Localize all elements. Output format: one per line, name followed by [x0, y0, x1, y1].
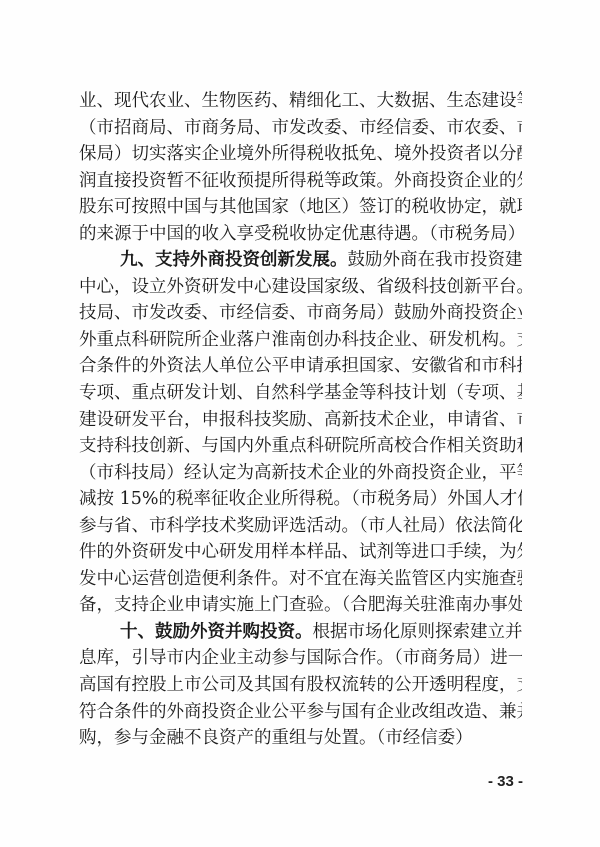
- document-page: 业、现代农业、生物医药、精细化工、大数据、生态建设等。 （市招商局、市商务局、市…: [0, 0, 600, 847]
- text-line: 发中心运营创造便利条件。对不宜在海关监管区内实施查验的设: [79, 566, 522, 593]
- text-line: 符合条件的外商投资企业公平参与国有企业改组改造、兼并收: [79, 699, 522, 726]
- text-line: 外重点科研院所企业落户淮南创办科技企业、研发机构。支持符: [79, 327, 522, 354]
- section-heading: 十、鼓励外资并购投资。: [120, 622, 313, 642]
- body-text: 业、现代农业、生物医药、精细化工、大数据、生态建设等。 （市招商局、市商务局、市…: [79, 88, 522, 752]
- text-line: 专项、重点研发计划、自然科学基金等科技计划（专项、基金），: [79, 380, 522, 407]
- section-ten-heading-line: 十、鼓励外资并购投资。根据市场化原则探索建立并购信: [79, 619, 522, 646]
- section-text: 根据市场化原则探索建立并购信: [313, 622, 523, 642]
- section-heading: 九、支持外商投资创新发展。: [120, 250, 348, 270]
- section-nine-heading-line: 九、支持外商投资创新发展。鼓励外商在我市投资建设研发: [79, 247, 522, 274]
- text-line: 股东可按照中国与其他国家（地区）签订的税收协定，就取得: [79, 194, 522, 221]
- text-line: 技局、市发改委、市经信委、市商务局）鼓励外商投资企业和境: [79, 300, 522, 327]
- text-line: 备，支持企业申请实施上门查验。（合肥海关驻淮南办事处）: [79, 592, 522, 619]
- text-line: 参与省、市科学技术奖励评选活动。（市人社局）依法简化具备条: [79, 513, 522, 540]
- text-line: （市招商局、市商务局、市发改委、市经信委、市农委、市环: [79, 115, 522, 142]
- text-line: 的来源于中国的收入享受税收协定优惠待遇。（市税务局）: [79, 221, 522, 248]
- text-line: 息库，引导市内企业主动参与国际合作。（市商务局）进一步提: [79, 645, 522, 672]
- text-line: 保局）切实落实企业境外所得税收抵免、境外投资者以分配利: [79, 141, 522, 168]
- text-line: 减按 15%的税率征收企业所得税。（市税务局）外国人才依法平等: [79, 486, 522, 513]
- section-text: 鼓励外商在我市投资建设研发: [348, 250, 523, 270]
- text-line: （市科技局）经认定为高新技术企业的外商投资企业，平等享受: [79, 460, 522, 487]
- text-line: 购，参与金融不良资产的重组与处置。（市经信委）: [79, 725, 522, 752]
- text-line: 支持科技创新、与国内外重点科研院所高校合作相关资助和补助。: [79, 433, 522, 460]
- text-line: 合条件的外资法人单位公平申请承担国家、安徽省和市科技重大: [79, 353, 522, 380]
- page-number: - 33 -: [488, 773, 523, 790]
- text-line: 中心，设立外资研发中心建设国家级、省级科技创新平台。（市科: [79, 274, 522, 301]
- text-line: 高国有控股上市公司及其国有股权流转的公开透明程度，支持: [79, 672, 522, 699]
- text-line: 润直接投资暂不征收预提所得税等政策。外商投资企业的外方: [79, 168, 522, 195]
- text-line: 业、现代农业、生物医药、精细化工、大数据、生态建设等。: [79, 88, 522, 115]
- text-line: 建设研发平台，申报科技奖励、高新技术企业，申请省、市政府: [79, 407, 522, 434]
- text-line: 件的外资研发中心研发用样本样品、试剂等进口手续，为外资研: [79, 539, 522, 566]
